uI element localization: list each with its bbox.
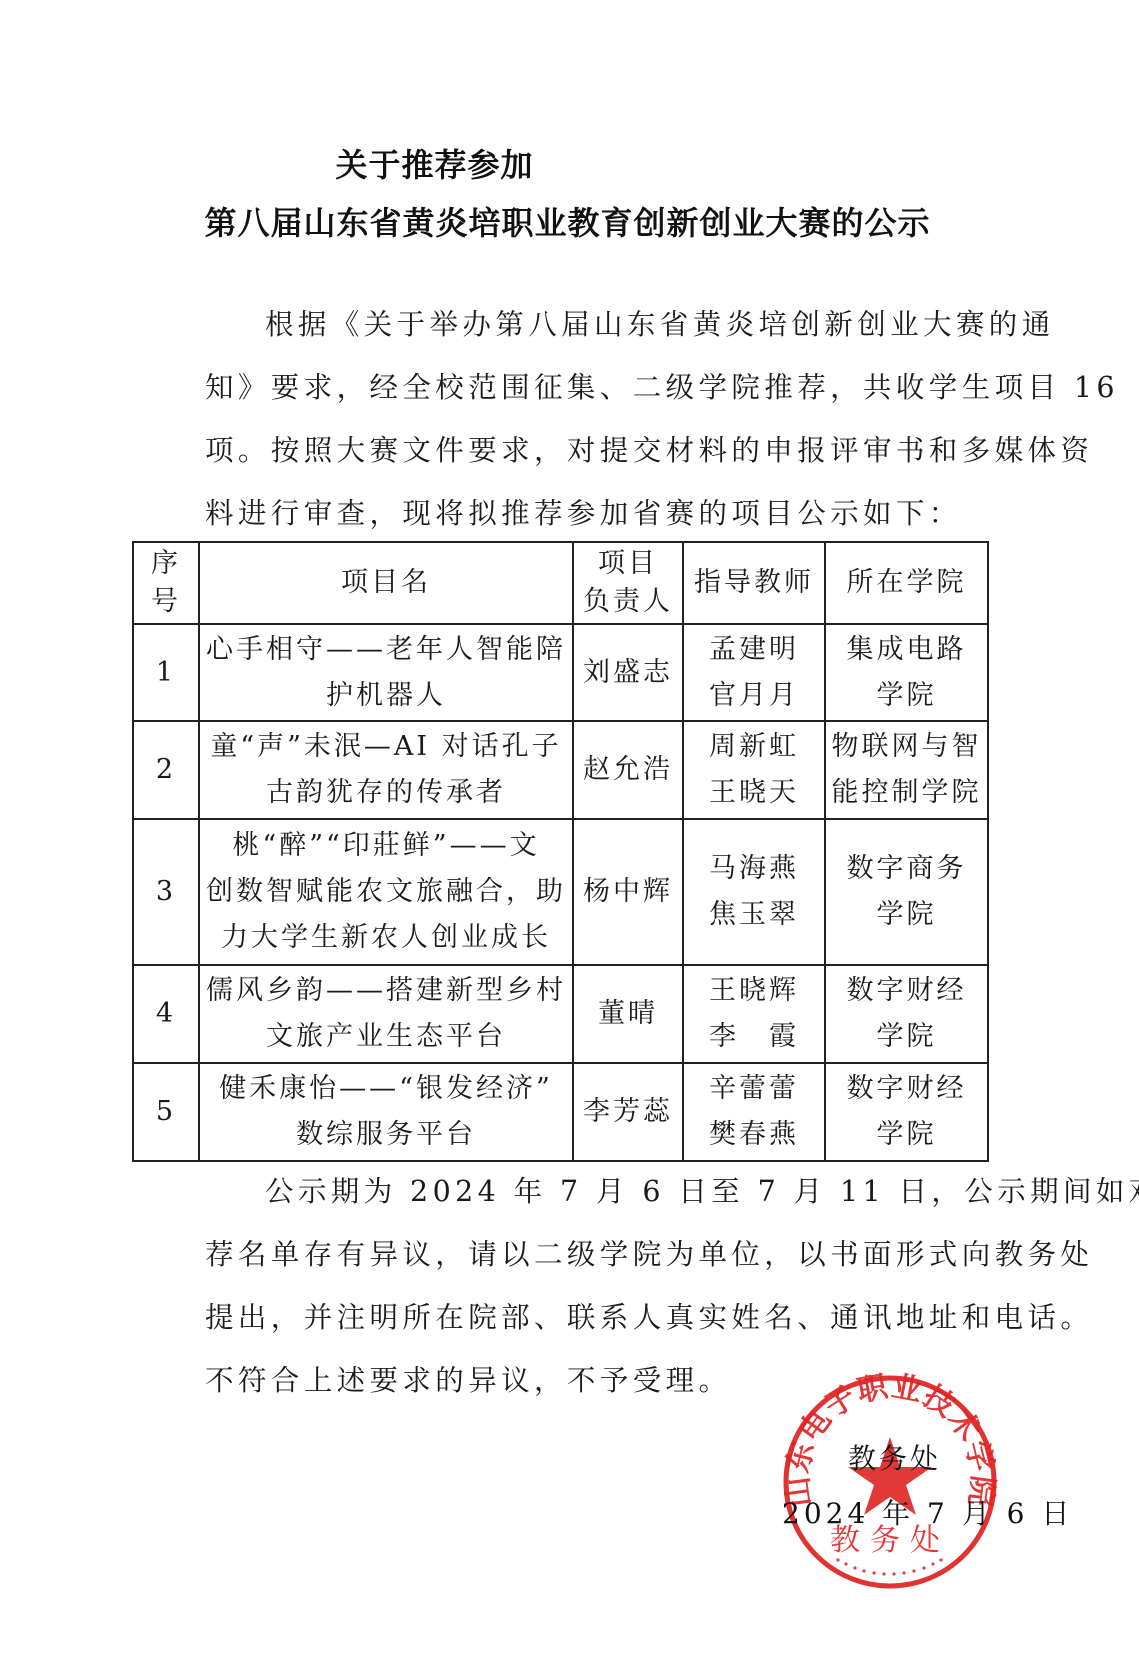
- advisor-name: 王晓辉: [684, 968, 824, 1014]
- table-row: 2 童“声”未泯—AI 对话孔子 古韵犹存的传承者 赵允浩 周新虹 王晓天 物联…: [133, 721, 988, 819]
- table-row: 1 心手相守——老年人智能陪 护机器人 刘盛志 孟建明 官月月 集成电路 学院: [133, 624, 988, 721]
- intro-line: 项。按照大赛文件要求，对提交材料的申报评审书和多媒体资: [145, 419, 997, 482]
- row-project: 儒风乡韵——搭建新型乡村 文旅产业生态平台: [199, 965, 573, 1063]
- intro-paragraph: 根据《关于举办第八届山东省黄炎培创新创业大赛的通 知》要求，经全校范围征集、二级…: [145, 293, 997, 545]
- advisor-name: 官月月: [684, 673, 824, 719]
- header-leader: 项目 负责人: [573, 542, 683, 624]
- row-leader: 李芳蕊: [573, 1063, 683, 1161]
- row-index: 3: [133, 819, 199, 965]
- title-line-1: 关于推荐参加: [0, 140, 1004, 186]
- college-line: 数字财经: [826, 1066, 987, 1112]
- header-advisors: 指导教师: [683, 542, 825, 624]
- header-text: 负责人: [574, 583, 682, 621]
- row-college: 数字商务 学院: [825, 819, 988, 965]
- project-line: 护机器人: [200, 673, 572, 719]
- row-index: 5: [133, 1063, 199, 1161]
- row-college: 集成电路 学院: [825, 624, 988, 721]
- row-advisors: 周新虹 王晓天: [683, 721, 825, 819]
- advisor-name: 孟建明: [684, 627, 824, 673]
- header-text: 序: [134, 545, 198, 583]
- project-line: 古韵犹存的传承者: [200, 770, 572, 816]
- row-leader: 董晴: [573, 965, 683, 1063]
- row-index: 1: [133, 624, 199, 721]
- table-row: 4 儒风乡韵——搭建新型乡村 文旅产业生态平台 董晴 王晓辉 李 霞 数字财经 …: [133, 965, 988, 1063]
- college-line: 能控制学院: [826, 770, 987, 816]
- college-line: 学院: [826, 892, 987, 938]
- row-leader: 杨中辉: [573, 819, 683, 965]
- row-project: 健禾康怡——“银发经济” 数综服务平台: [199, 1063, 573, 1161]
- row-leader: 刘盛志: [573, 624, 683, 721]
- project-line: 桃“醉”“印莊鲜”——文: [200, 823, 572, 869]
- header-college: 所在学院: [825, 542, 988, 624]
- project-line: 力大学生新农人创业成长: [200, 915, 572, 961]
- header-index: 序 号: [133, 542, 199, 624]
- closing-line: 提出，并注明所在院部、联系人真实姓名、通讯地址和电话。: [145, 1286, 997, 1349]
- college-line: 数字商务: [826, 846, 987, 892]
- college-line: 学院: [826, 1112, 987, 1158]
- college-line: 物联网与智: [826, 724, 987, 770]
- signature-department: 教务处: [848, 1437, 941, 1477]
- project-line: 心手相守——老年人智能陪: [200, 627, 572, 673]
- intro-line: 料进行审查，现将拟推荐参加省赛的项目公示如下：: [145, 482, 997, 545]
- header-project-name: 项目名: [199, 542, 573, 624]
- row-project: 桃“醉”“印莊鲜”——文 创数智赋能农文旅融合，助 力大学生新农人创业成长: [199, 819, 573, 965]
- title-line-2: 第八届山东省黄炎培职业教育创新创业大赛的公示: [0, 198, 1137, 244]
- row-advisors: 马海燕 焦玉翠: [683, 819, 825, 965]
- college-line: 学院: [826, 673, 987, 719]
- advisor-name: 辛蕾蕾: [684, 1066, 824, 1112]
- table-row: 3 桃“醉”“印莊鲜”——文 创数智赋能农文旅融合，助 力大学生新农人创业成长 …: [133, 819, 988, 965]
- row-project: 童“声”未泯—AI 对话孔子 古韵犹存的传承者: [199, 721, 573, 819]
- advisor-name: 樊春燕: [684, 1112, 824, 1158]
- row-advisors: 孟建明 官月月: [683, 624, 825, 721]
- table-header-row: 序 号 项目名 项目 负责人 指导教师 所在学院: [133, 542, 988, 624]
- project-line: 健禾康怡——“银发经济”: [200, 1066, 572, 1112]
- project-line: 文旅产业生态平台: [200, 1014, 572, 1060]
- row-advisors: 王晓辉 李 霞: [683, 965, 825, 1063]
- advisor-name: 王晓天: [684, 770, 824, 816]
- advisor-name: 马海燕: [684, 846, 824, 892]
- closing-line: 公示期为 2024 年 7 月 6 日至 7 月 11 日，公示期间如对推: [145, 1160, 997, 1223]
- advisor-name: 李 霞: [684, 1014, 824, 1060]
- advisor-name: 周新虹: [684, 724, 824, 770]
- project-line: 数综服务平台: [200, 1112, 572, 1158]
- official-seal-icon: 山东电子职业技术学院 教务处: [780, 1372, 1000, 1592]
- intro-line: 知》要求，经全校范围征集、二级学院推荐，共收学生项目 16: [145, 356, 997, 419]
- row-index: 2: [133, 721, 199, 819]
- college-line: 集成电路: [826, 627, 987, 673]
- signature-date: 2024 年 7 月 6 日: [782, 1492, 1073, 1532]
- intro-line: 根据《关于举办第八届山东省黄炎培创新创业大赛的通: [145, 293, 997, 356]
- row-advisors: 辛蕾蕾 樊春燕: [683, 1063, 825, 1161]
- project-line: 创数智赋能农文旅融合，助: [200, 869, 572, 915]
- advisor-name: 焦玉翠: [684, 892, 824, 938]
- closing-line: 荐名单存有异议，请以二级学院为单位，以书面形式向教务处: [145, 1223, 997, 1286]
- project-line: 童“声”未泯—AI 对话孔子: [200, 724, 572, 770]
- row-project: 心手相守——老年人智能陪 护机器人: [199, 624, 573, 721]
- header-text: 号: [134, 583, 198, 621]
- college-line: 数字财经: [826, 968, 987, 1014]
- row-college: 数字财经 学院: [825, 1063, 988, 1161]
- row-college: 物联网与智 能控制学院: [825, 721, 988, 819]
- row-index: 4: [133, 965, 199, 1063]
- project-line: 儒风乡韵——搭建新型乡村: [200, 968, 572, 1014]
- header-text: 项目: [574, 545, 682, 583]
- projects-table: 序 号 项目名 项目 负责人 指导教师 所在学院 1 心手相守——老年人智能陪 …: [132, 541, 989, 1162]
- college-line: 学院: [826, 1014, 987, 1060]
- row-college: 数字财经 学院: [825, 965, 988, 1063]
- row-leader: 赵允浩: [573, 721, 683, 819]
- table-row: 5 健禾康怡——“银发经济” 数综服务平台 李芳蕊 辛蕾蕾 樊春燕 数字财经 学…: [133, 1063, 988, 1161]
